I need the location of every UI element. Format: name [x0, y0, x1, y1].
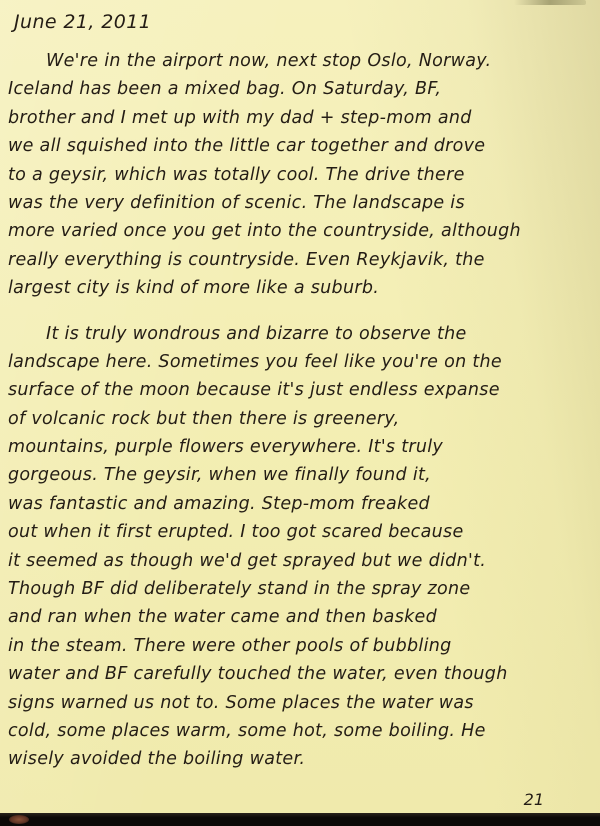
journal-line: of volcanic rock but then there is green… — [8, 405, 594, 433]
journal-line: Iceland has been a mixed bag. On Saturda… — [8, 75, 594, 103]
journal-line: water and BF carefully touched the water… — [8, 660, 594, 688]
journal-line: Though BF did deliberately stand in the … — [8, 575, 594, 603]
journal-line: it seemed as though we'd get sprayed but… — [8, 547, 594, 575]
journal-line: was the very definition of scenic. The l… — [8, 189, 594, 217]
journal-line: we all squished into the little car toge… — [8, 132, 594, 160]
journal-line: largest city is kind of more like a subu… — [8, 274, 594, 302]
journal-page: June 21, 2011 We're in the airport now, … — [0, 0, 600, 826]
page-number: 21 — [524, 790, 544, 809]
journal-line: signs warned us not to. Some places the … — [8, 689, 594, 717]
journal-line: was fantastic and amazing. Step-mom frea… — [8, 490, 594, 518]
journal-line: and ran when the water came and then bas… — [8, 603, 594, 631]
scan-smudge — [9, 815, 29, 824]
journal-line: to a geysir, which was totally cool. The… — [8, 161, 594, 189]
journal-line: out when it first erupted. I too got sca… — [8, 518, 594, 546]
journal-line: in the steam. There were other pools of … — [8, 632, 594, 660]
paragraph-2: It is truly wondrous and bizarre to obse… — [8, 320, 594, 774]
journal-line: surface of the moon because it's just en… — [8, 376, 594, 404]
journal-content: June 21, 2011 We're in the airport now, … — [8, 6, 594, 774]
paragraph-1: We're in the airport now, next stop Oslo… — [8, 47, 594, 303]
journal-line: brother and I met up with my dad + step-… — [8, 104, 594, 132]
journal-line: cold, some places warm, some hot, some b… — [8, 717, 594, 745]
journal-line: We're in the airport now, next stop Oslo… — [8, 47, 594, 75]
journal-line: It is truly wondrous and bizarre to obse… — [8, 320, 594, 348]
scan-artifact-streak — [514, 0, 586, 5]
journal-line: landscape here. Sometimes you feel like … — [8, 348, 594, 376]
journal-line: mountains, purple flowers everywhere. It… — [8, 433, 594, 461]
scan-edge-bar — [0, 813, 600, 826]
journal-line: gorgeous. The geysir, when we finally fo… — [8, 461, 594, 489]
journal-line: really everything is countryside. Even R… — [8, 246, 594, 274]
journal-line: wisely avoided the boiling water. — [8, 745, 594, 773]
date-line: June 21, 2011 — [14, 6, 594, 38]
journal-line: more varied once you get into the countr… — [8, 217, 594, 245]
